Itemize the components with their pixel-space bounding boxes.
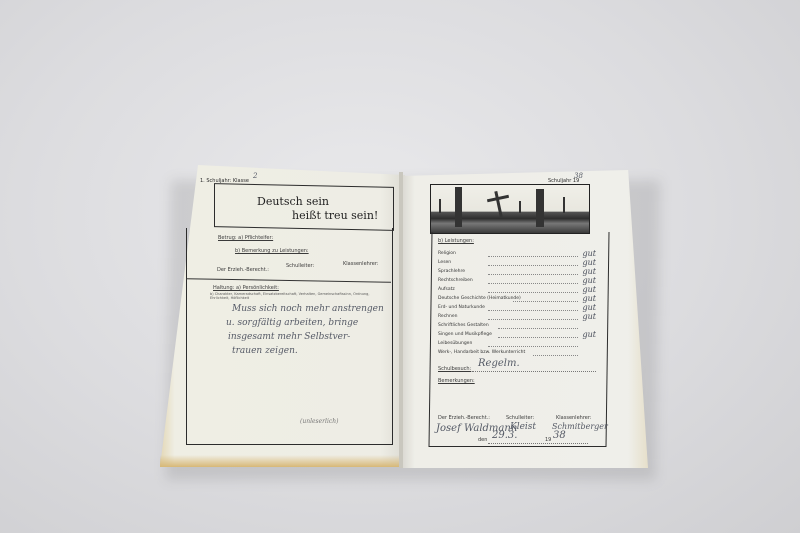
right-sig-class-teacher-label: Klassenlehrer: <box>556 415 592 421</box>
left-sig-teacher: Schulleiter: <box>286 263 314 269</box>
small-tree-icon <box>563 197 565 213</box>
right-sig-guardian-label: Der Erzieh.-Berecht.: <box>438 415 490 421</box>
section2-small-text: b) Charakter, Kameradschaft, Einsatzbere… <box>210 292 385 300</box>
section1-b-label: b) Bemerkung zu Leistungen: <box>235 248 309 254</box>
subject-row: Lesengut <box>438 260 598 269</box>
subject-row: Leibesübungen <box>438 341 598 350</box>
result-value: Regelm. <box>478 358 520 369</box>
year-value: 38 <box>553 430 566 441</box>
booklet-gutter <box>399 172 403 468</box>
right-sig-teacher-label: Schulleiter: <box>506 415 534 421</box>
small-cross-icon <box>519 201 521 213</box>
stamp-mark: (unleserlich) <box>300 418 338 425</box>
result-line <box>472 371 596 372</box>
remark-line-2: u. sorgfältig arbeiten, bringe <box>226 318 358 328</box>
page-edge-stain <box>160 455 402 467</box>
small-tree-icon <box>439 199 441 213</box>
remark-line-4: trauen zeigen. <box>232 346 298 356</box>
subject-row: Erd- und Naturkundegut <box>438 305 598 314</box>
memorial-illustration <box>430 184 590 234</box>
right-header-value: 38 <box>574 172 583 180</box>
result-label: Schulbesuch: <box>438 366 471 372</box>
motto-line-2: heißt treu sein! <box>292 209 378 222</box>
date-prefix: den <box>478 437 487 443</box>
dead-tree-icon <box>536 189 544 227</box>
subject-row: Sprachlehregut <box>438 269 598 278</box>
remark-line-3: insgesamt mehr Selbstver- <box>228 332 350 342</box>
section2-label: Haltung: a) Persönlichkeit: <box>213 285 279 291</box>
remarks-label: Bemerkungen: <box>438 378 475 384</box>
left-sig-class-teacher: Klassenlehrer: <box>343 261 379 267</box>
subject-row: Deutsche Geschichte (Heimatkunde)gut <box>438 296 598 305</box>
performance-label: b) Leistungen: <box>438 238 474 244</box>
date-value: 29.3. <box>492 430 517 441</box>
motto-line-1: Deutsch sein <box>257 195 329 208</box>
remark-line-1: Muss sich noch mehr anstrengen <box>232 304 384 314</box>
subject-row: Religiongut <box>438 251 598 260</box>
subject-row: Singen und Musikpflegegut <box>438 332 598 341</box>
section1-label: Betrug: a) Pflichteifer: <box>218 235 273 241</box>
subject-row: Rechtschreibengut <box>438 278 598 287</box>
subject-row: Rechnengut <box>438 314 598 323</box>
dead-tree-icon <box>455 187 462 227</box>
open-booklet: 1. Schuljahr: Klasse 2 Deutsch sein heiß… <box>0 0 800 533</box>
date-line <box>488 443 588 444</box>
subject-row: Aufsatzgut <box>438 287 598 296</box>
left-header-value: 2 <box>253 172 257 180</box>
left-sig-guardian: Der Erzieh.-Berecht.: <box>217 267 269 273</box>
grave-cross-icon <box>494 191 502 217</box>
subject-row: Schriftliches Gestalten <box>438 323 598 332</box>
